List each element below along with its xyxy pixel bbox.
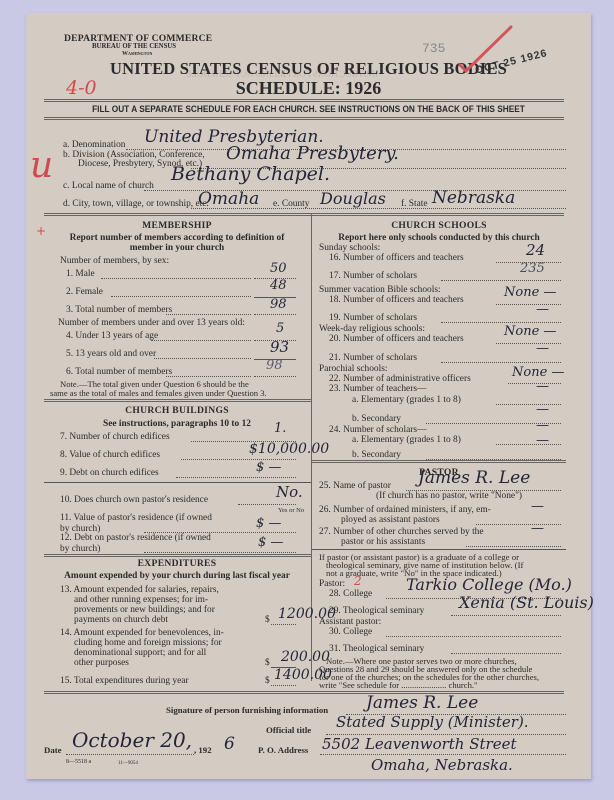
members-by-sex-label: Number of members, by sex: (60, 256, 169, 267)
q14-value[interactable]: 200.00 (281, 649, 330, 665)
total-members-2-value[interactable]: 98 (266, 358, 283, 373)
q22-value[interactable]: None — (512, 365, 564, 380)
q27-value[interactable]: — (531, 521, 544, 536)
q27-label-2: pastor or his assistants (341, 537, 425, 548)
date-value[interactable]: October 20, (72, 728, 192, 752)
female-label: 2. Female (66, 287, 103, 298)
pastor-note-4: write "See schedule for ................… (319, 680, 478, 691)
under-13-label: 4. Under 13 years of age (66, 331, 158, 342)
red-margin-letter: u (30, 145, 53, 186)
under-13-value[interactable]: 5 (276, 321, 284, 336)
bureau-label: BUREAU OF THE CENSUS (92, 43, 176, 50)
q21-value[interactable]: — (536, 341, 549, 356)
membership-note-2: same as the total of males and females g… (50, 388, 267, 399)
answer-line (496, 304, 561, 305)
divider (44, 482, 311, 483)
edifices-debt-label: 9. Debt on church edifices (60, 468, 159, 479)
answer-line (254, 376, 296, 377)
local-name-label: c. Local name of church (63, 181, 154, 192)
dollar-sign: $ (265, 676, 270, 687)
answer-line (386, 636, 561, 637)
divider (44, 99, 564, 102)
answer-line (451, 615, 561, 616)
q21-label: 21. Number of scholars (329, 353, 417, 364)
residence-debt-value[interactable]: $ — (258, 535, 283, 550)
dot-leader (151, 340, 251, 341)
instruction-banner: FILL OUT A SEPARATE SCHEDULE FOR EACH CH… (49, 104, 569, 114)
q17-value[interactable]: 235 (520, 261, 545, 276)
q23a-value[interactable]: — (536, 379, 549, 394)
q23a-label: a. Elementary (grades 1 to 8) (352, 395, 461, 406)
answer-line (496, 444, 561, 445)
divider (44, 117, 564, 120)
city-label: Washington (122, 51, 152, 57)
edifices-count-value[interactable]: 1. (274, 421, 286, 436)
dot-leader (101, 278, 251, 279)
dollar-sign: $ (265, 615, 270, 626)
q14-label-4: other purposes (74, 658, 129, 669)
q26-value[interactable]: — (531, 499, 544, 514)
divider (44, 691, 564, 694)
q20-label: 20. Number of officers and teachers (329, 334, 464, 345)
total-members-value[interactable]: 98 (270, 297, 287, 312)
q18-value[interactable]: None — (504, 285, 556, 300)
schools-title: CHURCH SCHOOLS (312, 220, 566, 231)
form-code: 8—5518 a (66, 757, 91, 768)
census-schedule-sheet: INSTRUCTIONS FOR FILLING OUT SCHEDULE DE… (26, 13, 591, 779)
dot-leader (176, 477, 296, 478)
expenditures-title: EXPENDITURES (44, 558, 310, 569)
dot-leader (144, 552, 296, 553)
expenditures-subtitle: Amount expended by your church during la… (44, 571, 310, 582)
division-value[interactable]: Omaha Presbytery. (226, 143, 399, 164)
answer-line (476, 524, 561, 525)
city-label: d. City, town, village, or township, etc… (63, 199, 209, 210)
q23-label: 23. Number of teachers— (329, 384, 426, 395)
answer-line (254, 314, 296, 315)
address-line-2-value[interactable]: Omaha, Nebraska. (371, 756, 513, 774)
dot-leader (166, 314, 251, 315)
q29-value[interactable]: Xenia (St. Louis) (459, 593, 594, 612)
buildings-title: CHURCH BUILDINGS (44, 405, 310, 416)
dollar-sign: $ (265, 658, 270, 669)
date-label: Date (44, 745, 62, 756)
year-prefix: , 192 (194, 745, 212, 756)
yes-no-hint: Yes or No (278, 505, 304, 516)
buildings-subtitle: See instructions, paragraphs 10 to 12 (44, 419, 310, 430)
official-title-label: Official title (266, 725, 311, 736)
q16-value[interactable]: 24 (526, 241, 545, 259)
divider (44, 554, 311, 557)
male-label: 1. Male (66, 269, 95, 280)
answer-line (271, 624, 296, 625)
q16-label: 16. Number of officers and teachers (329, 253, 464, 264)
q19-value[interactable]: — (536, 302, 549, 317)
answer-line (496, 404, 561, 405)
members-by-age-label: Number of members under and over 13 year… (58, 318, 245, 329)
edifices-count-label: 7. Number of church edifices (60, 432, 170, 443)
q18-label: 18. Number of officers and teachers (329, 295, 464, 306)
answer-line (441, 322, 561, 323)
signature-value[interactable]: James R. Lee (366, 693, 478, 713)
residence-value[interactable]: $ — (256, 516, 281, 531)
female-value[interactable]: 48 (270, 278, 287, 293)
red-code-mark: 4-0 (66, 77, 97, 99)
total-members-2-label: 6. Total number of members (66, 367, 172, 378)
over-13-value[interactable]: 93 (270, 338, 289, 356)
address-line-1-value[interactable]: 5502 Leavenworth Street (322, 735, 517, 753)
answer-line (496, 343, 561, 344)
dot-leader (154, 358, 251, 359)
q31-label: 31. Theological seminary (329, 644, 424, 655)
male-value[interactable]: 50 (270, 261, 287, 276)
q26-label-2: ployed as assistant pastors (341, 515, 440, 526)
signature-label: Signature of person furnishing informati… (166, 705, 328, 716)
divider (44, 399, 311, 402)
divider (312, 549, 566, 550)
edifices-value[interactable]: $10,000.00 (249, 441, 329, 457)
official-title-value[interactable]: Stated Supply (Minister). (336, 713, 529, 731)
q29-label: 29. Theological seminary (329, 606, 424, 617)
local-name-value[interactable]: Bethany Chapel. (171, 163, 330, 185)
q24a-value[interactable]: — (536, 418, 549, 433)
q20-value[interactable]: None — (504, 324, 556, 339)
form-number: 735 (422, 41, 445, 56)
address-label: P. O. Address (258, 745, 308, 756)
q15-label: 15. Total expenditures during year (60, 676, 189, 687)
edifices-debt-value[interactable]: $ — (256, 460, 281, 475)
print-code: 11—9054 (118, 758, 138, 769)
q24a-label: a. Elementary (grades 1 to 8) (352, 435, 461, 446)
year-digit-value[interactable]: 6 (224, 734, 235, 754)
pastor-name-value[interactable]: James R. Lee (418, 468, 530, 488)
address-line (320, 754, 566, 755)
q17-label: 17. Number of scholars (329, 271, 417, 282)
pastor-name-hint: (If church has no pastor, write "None") (376, 491, 522, 502)
answer-line (508, 383, 561, 384)
dot-leader (111, 296, 251, 297)
q23b-value[interactable]: — (536, 402, 549, 417)
answer-line (441, 362, 561, 363)
divider (312, 460, 566, 463)
red-pastor-mark: 2 (354, 574, 362, 588)
total-members-label: 3. Total number of members (66, 305, 172, 316)
city-line (191, 208, 566, 209)
edifices-value-label: 8. Value of church edifices (60, 450, 160, 461)
q28-value[interactable]: Tarkio College (Mo.) (406, 575, 572, 594)
divider (44, 213, 564, 216)
state-value[interactable]: Nebraska (432, 188, 515, 208)
county-value[interactable]: Douglas (320, 189, 386, 208)
answer-line (451, 653, 561, 654)
q30-label: 30. College (329, 627, 372, 638)
q19-label: 19. Number of scholars (329, 313, 417, 324)
membership-title: MEMBERSHIP (44, 220, 310, 231)
owns-residence-label: 10. Does church own pastor's residence (60, 495, 208, 506)
owns-residence-value[interactable]: No. (276, 483, 303, 501)
answer-line (466, 546, 561, 547)
page-subtitle: SCHEDULE: 1926 (26, 78, 591, 99)
dot-leader (166, 376, 251, 377)
q24b-value[interactable]: — (536, 433, 549, 448)
membership-subtitle-2: member in your church (44, 243, 310, 254)
answer-line (441, 280, 561, 281)
q28-label: 28. College (329, 589, 372, 600)
date-line (66, 754, 194, 755)
answer-line (271, 685, 296, 686)
q13-label-4: payments on church debt (74, 615, 168, 626)
over-13-label: 5. 13 years old and over (66, 349, 156, 360)
city-value[interactable]: Omaha (198, 189, 259, 209)
q23b-label: b. Secondary (352, 414, 401, 425)
